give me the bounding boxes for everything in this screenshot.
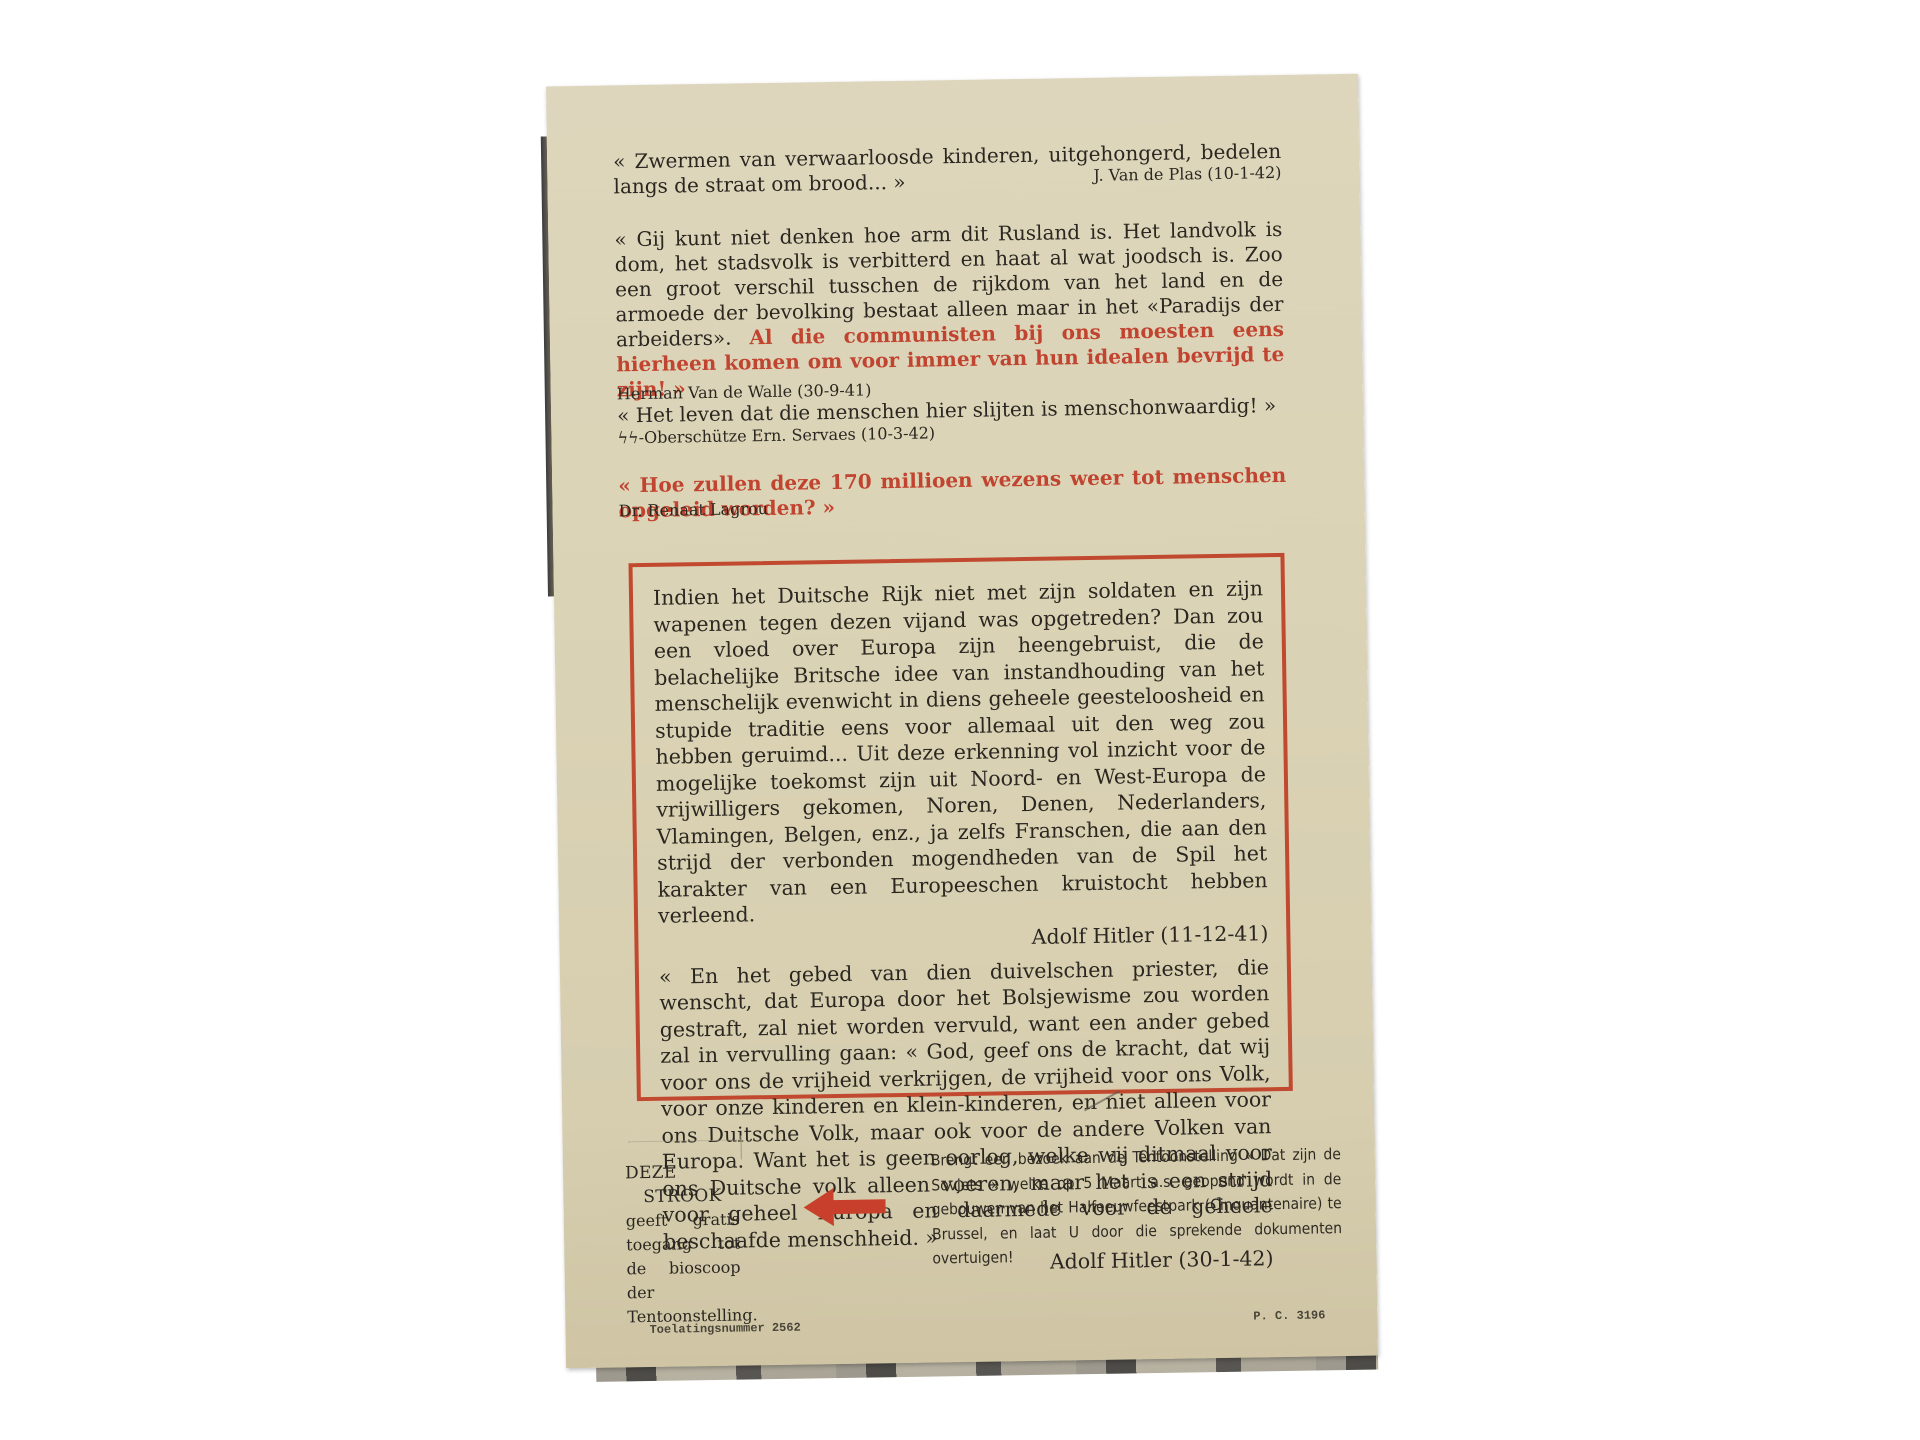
printer-code: P. C. 3196	[1253, 1308, 1325, 1323]
boxed-paragraph-1: Indien het Duitsche Rijk niet met zijn s…	[653, 575, 1268, 929]
exhibition-invitation: Brengt een bezoek aan de Tentoonstelling…	[931, 1142, 1343, 1271]
quote-attribution: J. Van de Plas (10-1-42)	[1093, 163, 1281, 186]
leaflet-back-page: « Zwermen van verwaarloosde kinderen, ui…	[546, 74, 1378, 1369]
quote-van-de-walle: « Gij kunt niet denken hoe arm dit Rusla…	[614, 217, 1285, 404]
coupon-headline: DEZE STROOK	[625, 1160, 740, 1210]
quote-van-de-plas: « Zwermen van verwaarloosde kinderen, ui…	[613, 139, 1282, 199]
permit-number: Toelatingsnummer 2562	[649, 1321, 800, 1337]
left-arrow-icon	[803, 1186, 886, 1227]
leaflet: « Zwermen van verwaarloosde kinderen, ui…	[546, 74, 1378, 1369]
coupon-label: DEZE STROOK geeft gratis toegang tot de …	[625, 1160, 742, 1330]
quote-lagrou: « Hoe zullen deze 170 millioen wezens we…	[618, 463, 1287, 521]
quote-servaes: « Het leven dat die menschen hier slijte…	[617, 393, 1286, 448]
boxed-section: Indien het Duitsche Rijk niet met zijn s…	[628, 553, 1292, 1101]
coupon-body: geeft gratis toegang tot de bioscoop der…	[626, 1210, 758, 1327]
